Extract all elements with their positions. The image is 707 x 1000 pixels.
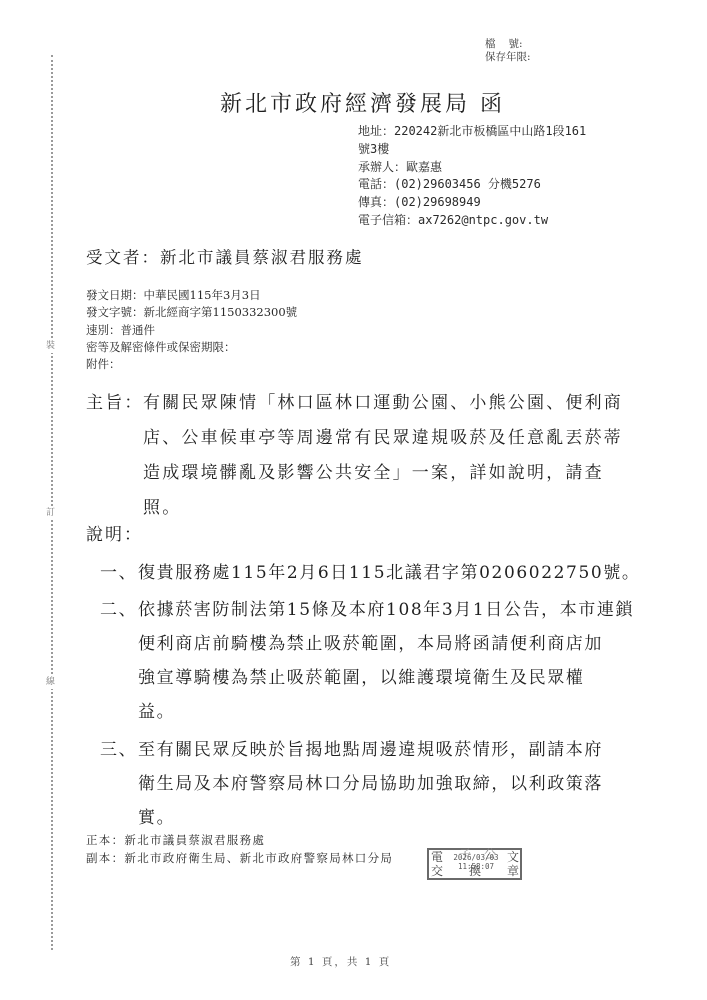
binding-mark-zhuang: 裝 [46,340,55,353]
stamp-char: 交 [431,865,443,878]
issue-date: 發文日期：中華民國115年3月3日 [86,287,297,304]
explanation-item-line: 強宣導騎樓為禁止吸菸範圍，以維護環境衛生及民眾權 [138,663,584,688]
electronic-exchange-stamp: 電 子 公 文 交 換 章 2026/03/03 11:58:07 [427,848,522,880]
page-number: 第 1 頁，共 1 頁 [290,954,391,969]
contact-block: 地址：220242新北市板橋區中山路1段161 號3樓 承辦人：歐嘉惠 電話：(… [358,123,586,230]
original-recipient: 正本：新北市議員蔡淑君服務處 [86,831,393,849]
copy-recipients: 副本：新北市政府衛生局、新北市政府警察局林口分局 [86,849,393,867]
subject-line: 有關民眾陳情「林口區林口運動公園、小熊公園、便利商 [143,386,623,421]
address-line-1: 地址：220242新北市板橋區中山路1段161 [358,123,586,141]
binding-mark-ding: 訂 [46,507,55,520]
explanation-heading: 說明： [86,520,143,545]
stamp-char: 章 [507,865,519,878]
archive-number-label-rest: 號: [509,38,523,50]
phone: 電話：(02)29603456 分機5276 [358,176,586,194]
handler: 承辦人：歐嘉惠 [358,159,586,177]
archive-number-label-first: 檔 [485,38,509,50]
distribution-list: 正本：新北市議員蔡淑君服務處 副本：新北市政府衛生局、新北市政府警察局林口分局 [86,831,393,867]
address-line-2: 號3樓 [358,141,586,159]
explanation-item-line: 便利商店前騎樓為禁止吸菸範圍，本局將函請便利商店加 [138,629,603,654]
subject-line: 店、公車候車亭等周邊常有民眾違規吸菸及任意亂丟菸蒂 [143,421,623,456]
explanation-item-line: 依據菸害防制法第15條及本府108年3月1日公告，本市連鎖 [138,595,634,620]
document-title: 新北市政府經濟發展局 函 [220,87,505,118]
email: 電子信箱：ax7262@ntpc.gov.tw [358,212,586,230]
explanation-item-number: 一、 [100,558,137,583]
attachments: 附件： [86,356,297,373]
explanation-item-line: 復貴服務處115年2月6日115北議君字第0206022750號。 [138,558,641,583]
binding-mark-xian: 線 [46,676,55,689]
subject-line: 照。 [143,491,181,526]
retention-period-label: 保存年限: [485,51,531,64]
explanation-item-line: 至有關民眾反映於旨揭地點周邊違規吸菸情形，副請本府 [138,735,603,760]
explanation-item-line: 衛生局及本府警察局林口分局協助加強取締，以利政策落 [138,769,603,794]
stamp-char: 電 [431,851,443,864]
explanation-item-number: 三、 [100,735,137,760]
stamp-time: 11:58:07 [451,862,501,871]
recipient: 受文者：新北市議員蔡淑君服務處 [86,244,364,268]
document-meta: 發文日期：中華民國115年3月3日 發文字號：新北經商字第1150332300號… [86,287,297,373]
stamp-date: 2026/03/03 [451,853,501,862]
explanation-item-number: 二、 [100,595,137,620]
issue-number: 發文字號：新北經商字第1150332300號 [86,304,297,321]
fax: 傳真：(02)29698949 [358,194,586,212]
stamp-timestamp: 2026/03/03 11:58:07 [451,853,501,871]
subject-label: 主旨： [86,386,144,421]
speed-class: 速別：普通件 [86,322,297,339]
archive-info: 檔號: 保存年限: [485,38,531,64]
confidentiality: 密等及解密條件或保密期限： [86,339,297,356]
explanation-item-line: 實。 [138,803,175,828]
explanation-item-line: 益。 [138,697,175,722]
binding-dotted-line [51,55,53,950]
stamp-char: 文 [507,851,519,864]
archive-number-row: 檔號: [485,38,531,51]
subject-line: 造成環境髒亂及影響公共安全」一案，詳如說明，請查 [143,456,604,491]
